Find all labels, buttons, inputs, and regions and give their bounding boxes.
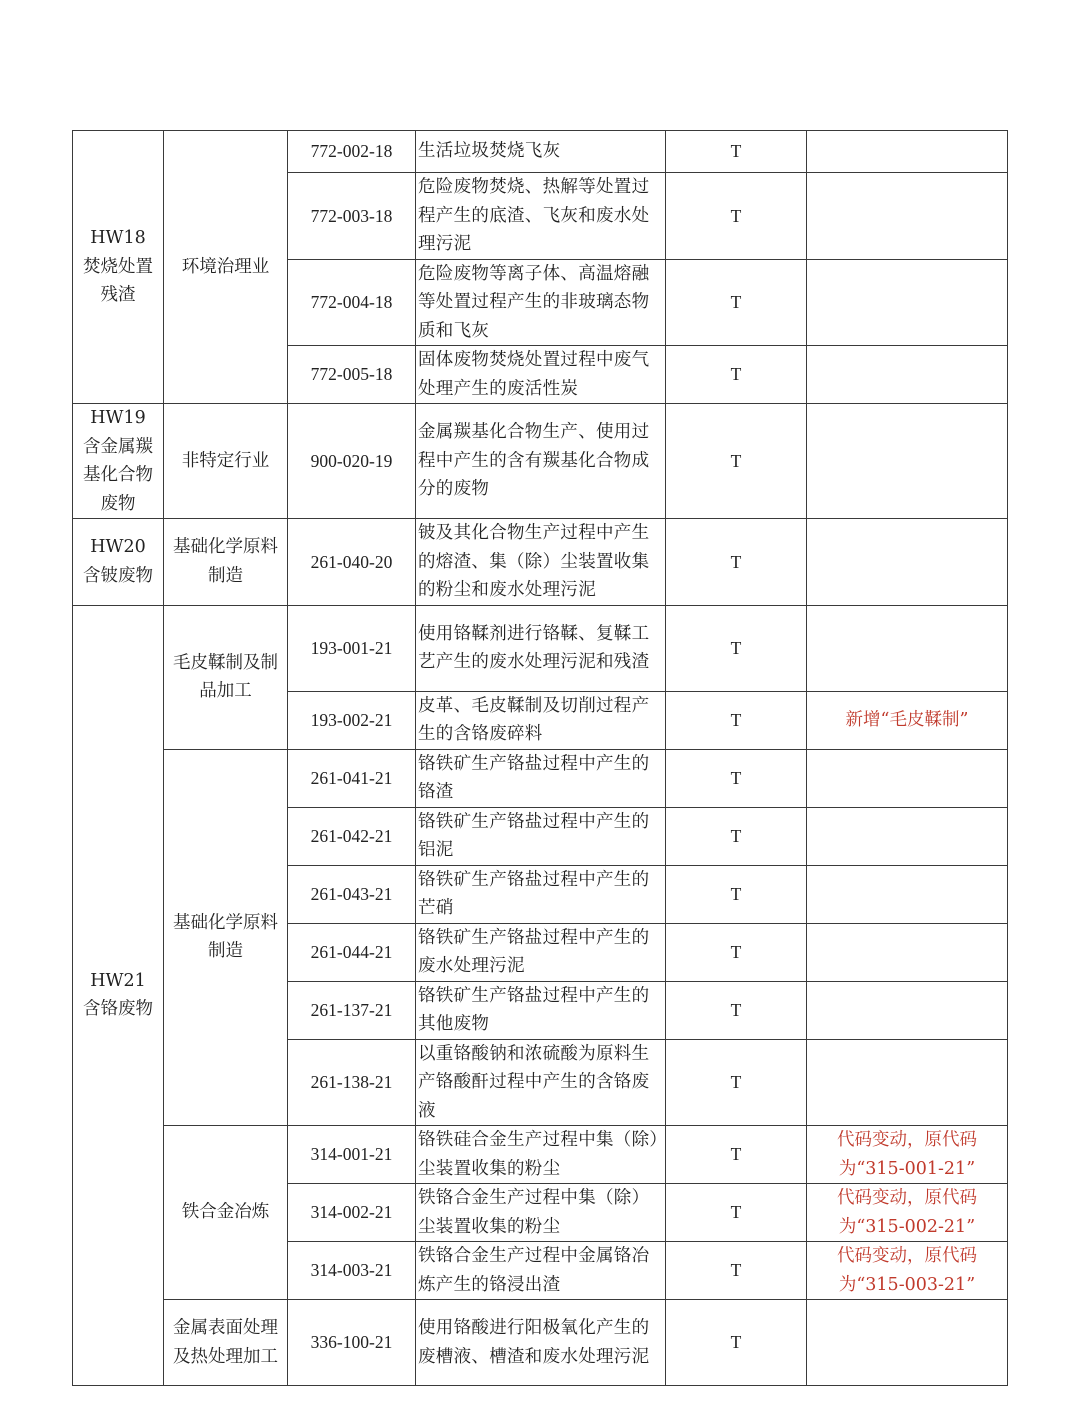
hazard-characteristic-cell: T bbox=[666, 1242, 807, 1300]
hazard-characteristic-cell: T bbox=[666, 1300, 807, 1386]
hazard-characteristic-cell: T bbox=[666, 519, 807, 606]
waste-code-cell: 261-043-21 bbox=[288, 865, 416, 923]
waste-code-cell: 261-041-21 bbox=[288, 749, 416, 807]
waste-code-cell: 261-044-21 bbox=[288, 923, 416, 981]
table-row: HW18 焚烧处置 残渣环境治理业772-002-18生活垃圾焚烧飞灰T bbox=[73, 131, 1008, 173]
hazardous-waste-table: HW18 焚烧处置 残渣环境治理业772-002-18生活垃圾焚烧飞灰T772-… bbox=[72, 130, 1008, 1386]
waste-code-cell: 772-004-18 bbox=[288, 259, 416, 346]
industry-source-cell: 基础化学原料制造 bbox=[164, 519, 288, 606]
table-row: 金属表面处理及热处理加工336-100-21使用铬酸进行阳极氧化产生的废槽液、槽… bbox=[73, 1300, 1008, 1386]
waste-code-cell: 900-020-19 bbox=[288, 404, 416, 519]
hazard-characteristic-cell: T bbox=[666, 1184, 807, 1242]
hazard-characteristic-cell: T bbox=[666, 807, 807, 865]
waste-description-cell: 铬铁矿生产铬盐过程中产生的芒硝 bbox=[416, 865, 666, 923]
waste-code-cell: 314-002-21 bbox=[288, 1184, 416, 1242]
table-row: 铁合金冶炼314-001-21铬铁硅合金生产过程中集（除）尘装置收集的粉尘T代码… bbox=[73, 1126, 1008, 1184]
waste-description-cell: 生活垃圾焚烧飞灰 bbox=[416, 131, 666, 173]
hazard-characteristic-cell: T bbox=[666, 749, 807, 807]
hazard-characteristic-cell: T bbox=[666, 404, 807, 519]
waste-code-cell: 772-002-18 bbox=[288, 131, 416, 173]
waste-code-cell: 193-001-21 bbox=[288, 605, 416, 691]
remark-cell bbox=[807, 404, 1008, 519]
remark-cell bbox=[807, 173, 1008, 260]
waste-code-cell: 261-040-20 bbox=[288, 519, 416, 606]
waste-description-cell: 铬铁矿生产铬盐过程中产生的铬渣 bbox=[416, 749, 666, 807]
table-row: HW21 含铬废物毛皮鞣制及制品加工193-001-21使用铬鞣剂进行铬鞣、复鞣… bbox=[73, 605, 1008, 691]
table-row: 基础化学原料制造261-041-21铬铁矿生产铬盐过程中产生的铬渣T bbox=[73, 749, 1008, 807]
industry-source-cell: 非特定行业 bbox=[164, 404, 288, 519]
waste-code-cell: 772-003-18 bbox=[288, 173, 416, 260]
hazard-characteristic-cell: T bbox=[666, 346, 807, 404]
remark-cell: 代码变动，原代码为“315-003-21” bbox=[807, 1242, 1008, 1300]
hazard-characteristic-cell: T bbox=[666, 1039, 807, 1126]
remark-cell bbox=[807, 1039, 1008, 1126]
waste-description-cell: 铬铁硅合金生产过程中集（除）尘装置收集的粉尘 bbox=[416, 1126, 666, 1184]
waste-category-cell: HW18 焚烧处置 残渣 bbox=[73, 131, 164, 404]
waste-code-cell: 261-138-21 bbox=[288, 1039, 416, 1126]
waste-description-cell: 危险废物焚烧、热解等处置过程产生的底渣、飞灰和废水处理污泥 bbox=[416, 173, 666, 260]
waste-category-cell: HW19 含金属羰 基化合物 废物 bbox=[73, 404, 164, 519]
remark-cell: 新增“毛皮鞣制” bbox=[807, 691, 1008, 749]
remark-cell bbox=[807, 259, 1008, 346]
remark-cell bbox=[807, 1300, 1008, 1386]
hazard-characteristic-cell: T bbox=[666, 131, 807, 173]
waste-category-cell: HW21 含铬废物 bbox=[73, 605, 164, 1386]
waste-code-cell: 336-100-21 bbox=[288, 1300, 416, 1386]
hazard-characteristic-cell: T bbox=[666, 173, 807, 260]
table-row: HW20 含铍废物基础化学原料制造261-040-20铍及其化合物生产过程中产生… bbox=[73, 519, 1008, 606]
hazard-characteristic-cell: T bbox=[666, 1126, 807, 1184]
waste-code-cell: 314-003-21 bbox=[288, 1242, 416, 1300]
waste-description-cell: 使用铬酸进行阳极氧化产生的废槽液、槽渣和废水处理污泥 bbox=[416, 1300, 666, 1386]
waste-description-cell: 固体废物焚烧处置过程中废气处理产生的废活性炭 bbox=[416, 346, 666, 404]
remark-cell bbox=[807, 807, 1008, 865]
waste-description-cell: 危险废物等离子体、高温熔融等处置过程产生的非玻璃态物质和飞灰 bbox=[416, 259, 666, 346]
hazard-characteristic-cell: T bbox=[666, 259, 807, 346]
hazard-characteristic-cell: T bbox=[666, 605, 807, 691]
remark-cell bbox=[807, 749, 1008, 807]
waste-description-cell: 皮革、毛皮鞣制及切削过程产生的含铬废碎料 bbox=[416, 691, 666, 749]
waste-description-cell: 金属羰基化合物生产、使用过程中产生的含有羰基化合物成分的废物 bbox=[416, 404, 666, 519]
waste-description-cell: 铬铁矿生产铬盐过程中产生的其他废物 bbox=[416, 981, 666, 1039]
waste-description-cell: 铍及其化合物生产过程中产生的熔渣、集（除）尘装置收集的粉尘和废水处理污泥 bbox=[416, 519, 666, 606]
waste-description-cell: 铬铁矿生产铬盐过程中产生的废水处理污泥 bbox=[416, 923, 666, 981]
waste-code-cell: 261-137-21 bbox=[288, 981, 416, 1039]
remark-cell bbox=[807, 865, 1008, 923]
waste-code-cell: 772-005-18 bbox=[288, 346, 416, 404]
waste-description-cell: 使用铬鞣剂进行铬鞣、复鞣工艺产生的废水处理污泥和残渣 bbox=[416, 605, 666, 691]
waste-code-cell: 261-042-21 bbox=[288, 807, 416, 865]
hazard-characteristic-cell: T bbox=[666, 691, 807, 749]
waste-description-cell: 铬铁矿生产铬盐过程中产生的铝泥 bbox=[416, 807, 666, 865]
waste-description-cell: 铁铬合金生产过程中集（除）尘装置收集的粉尘 bbox=[416, 1184, 666, 1242]
remark-cell bbox=[807, 346, 1008, 404]
remark-cell: 代码变动，原代码为“315-002-21” bbox=[807, 1184, 1008, 1242]
hazard-characteristic-cell: T bbox=[666, 865, 807, 923]
waste-description-cell: 以重铬酸钠和浓硫酸为原料生产铬酸酐过程中产生的含铬废液 bbox=[416, 1039, 666, 1126]
hazard-characteristic-cell: T bbox=[666, 981, 807, 1039]
remark-cell bbox=[807, 519, 1008, 606]
industry-source-cell: 毛皮鞣制及制品加工 bbox=[164, 605, 288, 749]
remark-cell bbox=[807, 923, 1008, 981]
waste-code-cell: 193-002-21 bbox=[288, 691, 416, 749]
waste-category-cell: HW20 含铍废物 bbox=[73, 519, 164, 606]
industry-source-cell: 金属表面处理及热处理加工 bbox=[164, 1300, 288, 1386]
remark-cell bbox=[807, 981, 1008, 1039]
remark-cell bbox=[807, 131, 1008, 173]
remark-cell bbox=[807, 605, 1008, 691]
table-row: HW19 含金属羰 基化合物 废物非特定行业900-020-19金属羰基化合物生… bbox=[73, 404, 1008, 519]
industry-source-cell: 铁合金冶炼 bbox=[164, 1126, 288, 1300]
table-body: HW18 焚烧处置 残渣环境治理业772-002-18生活垃圾焚烧飞灰T772-… bbox=[73, 131, 1008, 1386]
industry-source-cell: 环境治理业 bbox=[164, 131, 288, 404]
hazard-characteristic-cell: T bbox=[666, 923, 807, 981]
waste-description-cell: 铁铬合金生产过程中金属铬冶炼产生的铬浸出渣 bbox=[416, 1242, 666, 1300]
waste-code-cell: 314-001-21 bbox=[288, 1126, 416, 1184]
industry-source-cell: 基础化学原料制造 bbox=[164, 749, 288, 1126]
remark-cell: 代码变动，原代码为“315-001-21” bbox=[807, 1126, 1008, 1184]
